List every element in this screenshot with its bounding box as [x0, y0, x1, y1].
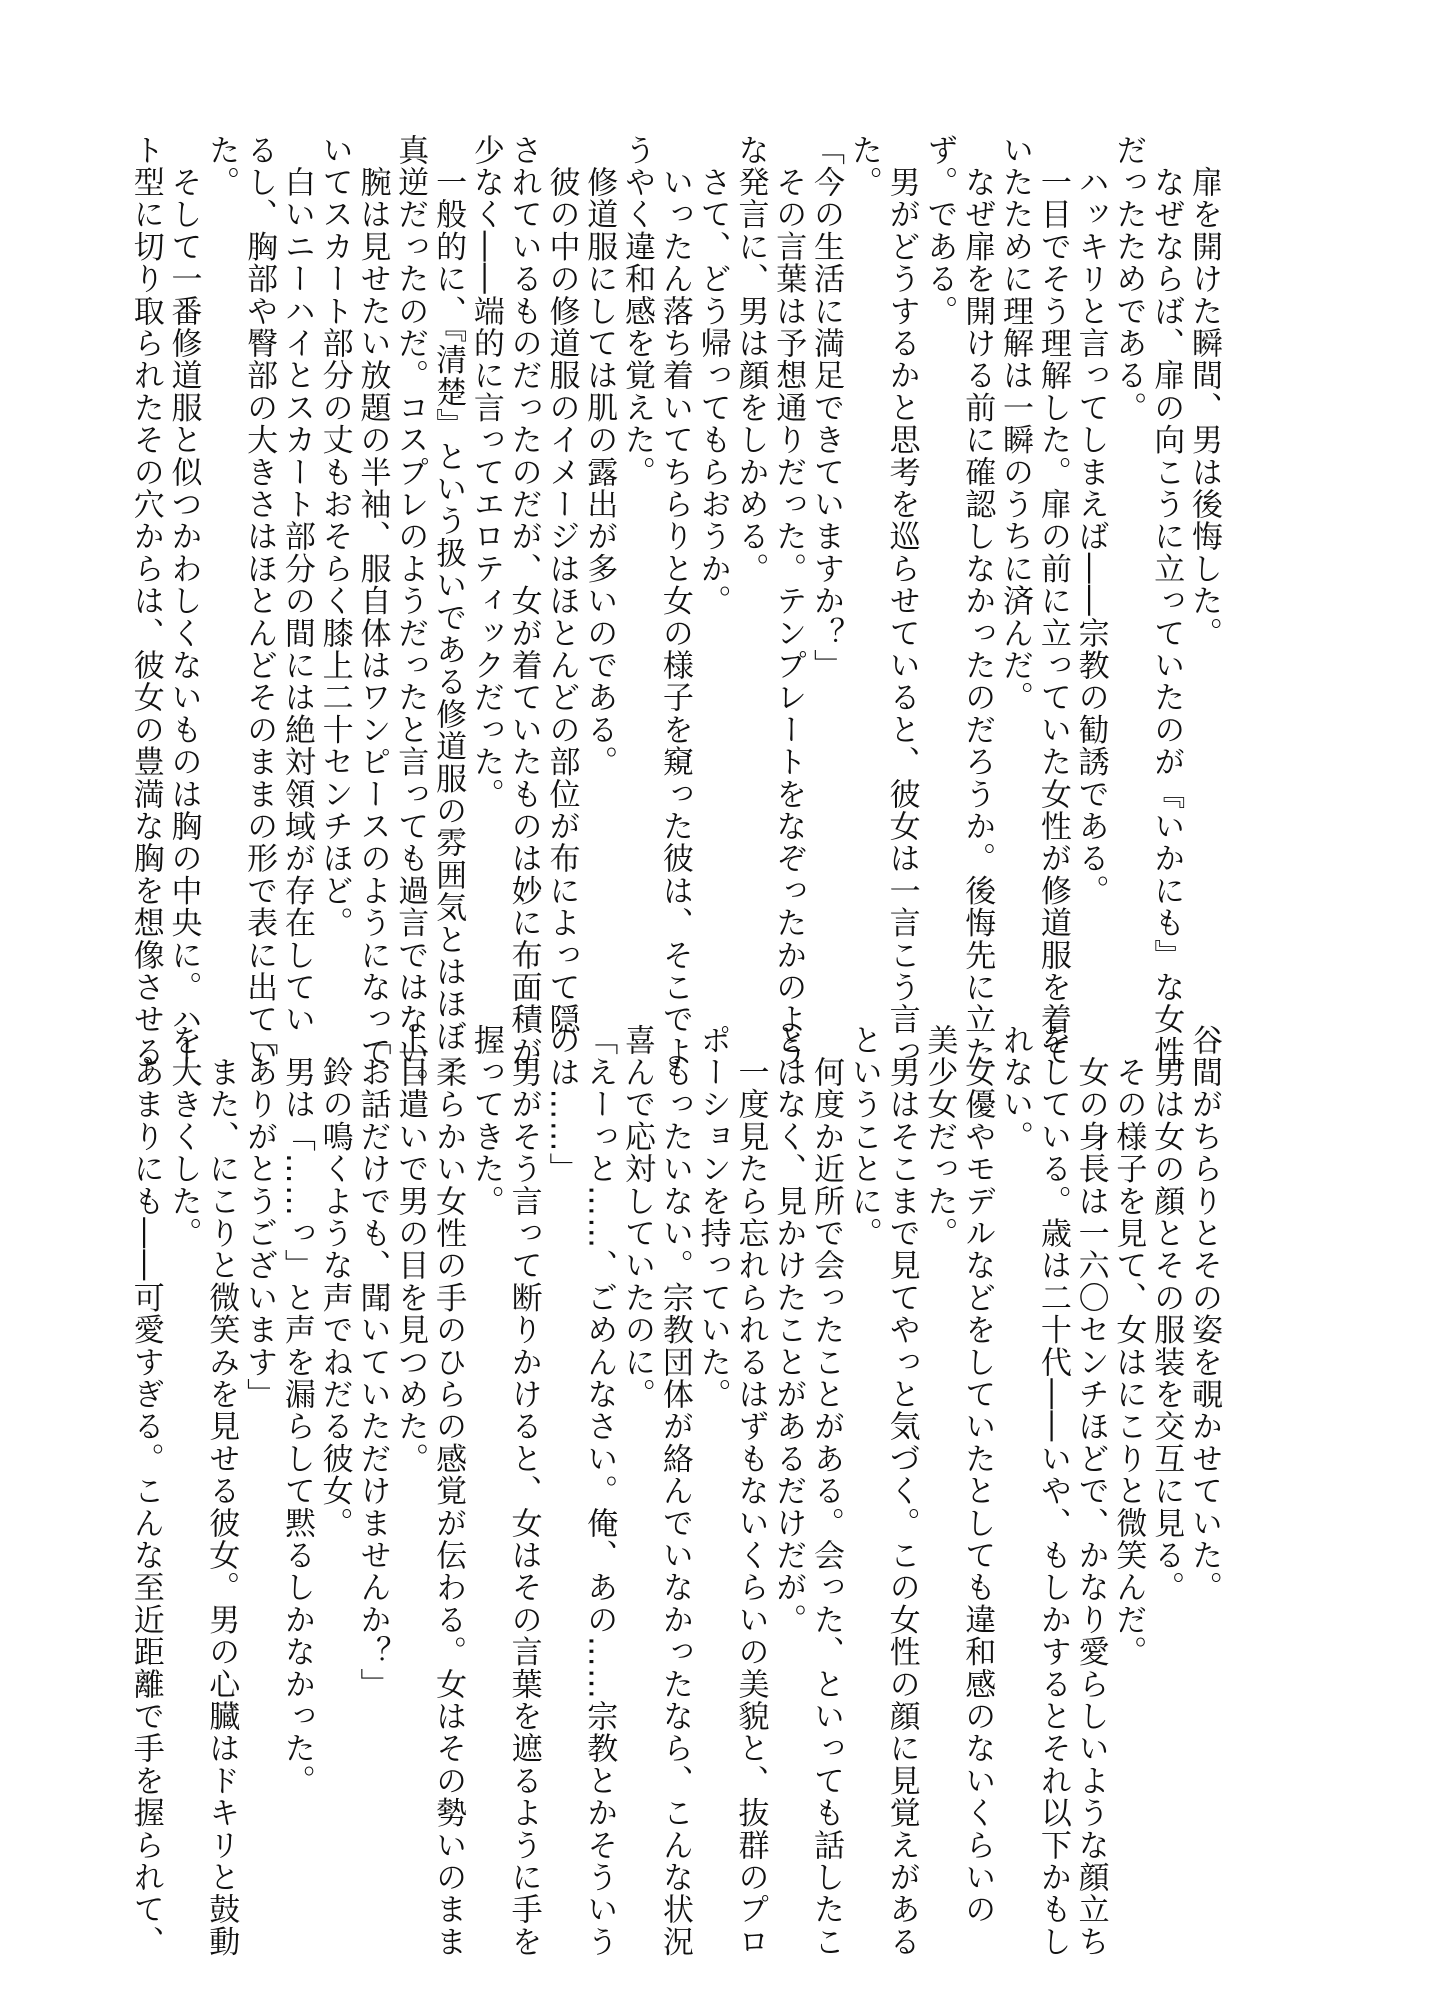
text-line: あまりにも――可愛すぎる。こんな至近距離で手を握られて、 [126, 1024, 164, 1824]
text-line: 美少女だった。 [920, 1024, 958, 1824]
text-line: 真逆だったのだ。コスプレのようだったと言っても過言ではない。 [390, 134, 428, 894]
text-line: 男がどうするかと思考を巡らせていると、彼女は一言こう言っ [882, 134, 920, 894]
text-line: 男は女の顔とその服装を交互に見る。 [1146, 1024, 1184, 1824]
text-block-top: 扉を開けた瞬間、男は後悔した。 なぜならば、扉の向こうに立っていたのが『いかにも… [112, 134, 1222, 894]
text-line: 「ありがとうございます」 [239, 1024, 277, 1824]
text-line: た。 [201, 134, 239, 894]
text-line: 白いニーハイとスカート部分の間には絶対領域が存在してい [277, 134, 315, 894]
text-line: 谷間がちらりとその姿を覗かせていた。 [1184, 1024, 1222, 1824]
text-line: 一度見たら忘れられるはずもないくらいの美貌と、抜群のプロ [731, 1024, 769, 1824]
text-line: 男は「……っ」と声を漏らして黙るしかなかった。 [277, 1024, 315, 1824]
text-line: とはなく、見かけたことがあるだけだが。 [768, 1024, 806, 1824]
text-line: 女の身長は一六〇センチほどで、かなり愛らしいような顔立ち [1071, 1024, 1109, 1824]
text-line: 腕は見せたい放題の半袖、服自体はワンピースのようになって [353, 134, 391, 894]
text-line: 女優やモデルなどをしていたとしても違和感のないくらいの [957, 1024, 995, 1824]
text-line: ト型に切り取られたその穴からは、彼女の豊満な胸を想像させる [126, 134, 164, 894]
text-line: 握ってきた。 [466, 1024, 504, 1824]
text-line: 柔らかい女性の手のひらの感覚が伝わる。女はその勢いのまま [428, 1024, 466, 1824]
text-line: いてスカート部分の丈もおそらく膝上二十センチほど。 [315, 134, 353, 894]
text-line: うやく違和感を覚えた。 [617, 134, 655, 894]
text-line: のは……」 [542, 1024, 580, 1824]
text-line: た。 [844, 134, 882, 894]
text-line: なぜならば、扉の向こうに立っていたのが『いかにも』な女性 [1146, 134, 1184, 894]
text-line: なぜ扉を開ける前に確認しなかったのだろうか。後悔先に立た [957, 134, 995, 894]
text-line: 男がそう言って断りかけると、女はその言葉を遮るように手を [504, 1024, 542, 1824]
text-line: 「今の生活に満足できていますか？」 [806, 134, 844, 894]
text-line: いったん落ち着いてちらりと女の様子を窺った彼は、そこでよ [655, 134, 693, 894]
text-line: をしている。歳は二十代――いや、もしかするとそれ以下かもし [1033, 1024, 1071, 1824]
text-line: れない。 [995, 1024, 1033, 1824]
text-line: もったいない。宗教団体が絡んでいなかったなら、こんな状況 [655, 1024, 693, 1824]
text-line: 一般的に、『清楚』という扱いである修道服の雰囲気とはほぼ [428, 134, 466, 894]
text-line: 鈴の鳴くような声でねだる彼女。 [315, 1024, 353, 1824]
text-line: るし、胸部や臀部の大きさはほとんどそのままの形で表に出てい [239, 134, 277, 894]
text-line: 喜んで応対していたのに。 [617, 1024, 655, 1824]
text-line: その言葉は予想通りだった。テンプレートをなぞったかのよう [768, 134, 806, 894]
text-line: また、にこりと微笑みを見せる彼女。男の心臓はドキリと鼓動 [201, 1024, 239, 1824]
text-line: 「えーっと……、ごめんなさい。俺、あの……宗教とかそういう [579, 1024, 617, 1824]
text-line: その様子を見て、女はにこりと微笑んだ。 [1109, 1024, 1147, 1824]
text-line: 男はそこまで見てやっと気づく。この女性の顔に見覚えがある [882, 1024, 920, 1824]
text-block-bottom: 谷間がちらりとその姿を覗かせていた。 男は女の顔とその服装を交互に見る。 その様… [112, 1024, 1222, 1824]
text-line: 彼の中の修道服のイメージはほとんどの部位が布によって隠 [542, 134, 580, 894]
text-line: ポーションを持っていた。 [693, 1024, 731, 1824]
text-line: 扉を開けた瞬間、男は後悔した。 [1184, 134, 1222, 894]
text-line: 何度か近所で会ったことがある。会った、といっても話したこ [806, 1024, 844, 1824]
text-line: ず。である。 [920, 134, 958, 894]
text-line: ハッキリと言ってしまえば――宗教の勧誘である。 [1071, 134, 1109, 894]
text-line: 一目でそう理解した。扉の前に立っていた女性が修道服を着て [1033, 134, 1071, 894]
text-line: いたために理解は一瞬のうちに済んだ。 [995, 134, 1033, 894]
text-line: 少なく――端的に言ってエロティックだった。 [466, 134, 504, 894]
novel-page: 扉を開けた瞬間、男は後悔した。 なぜならば、扉の向こうに立っていたのが『いかにも… [0, 0, 1430, 2000]
text-line: 修道服にしては肌の露出が多いのである。 [579, 134, 617, 894]
text-line: だったためである。 [1109, 134, 1147, 894]
text-line: さて、どう帰ってもらおうか。 [693, 134, 731, 894]
text-line: を大きくした。 [164, 1024, 202, 1824]
text-line: されているものだったのだが、女が着ていたものは妙に布面積が [504, 134, 542, 894]
text-line: ということに。 [844, 1024, 882, 1824]
text-line: な発言に、男は顔をしかめる。 [731, 134, 769, 894]
text-line: 「お話だけでも、聞いていただけませんか？」 [353, 1024, 391, 1824]
text-line: 上目遣いで男の目を見つめた。 [390, 1024, 428, 1824]
text-line: そして一番修道服と似つかわしくないものは胸の中央に。ハー [164, 134, 202, 894]
